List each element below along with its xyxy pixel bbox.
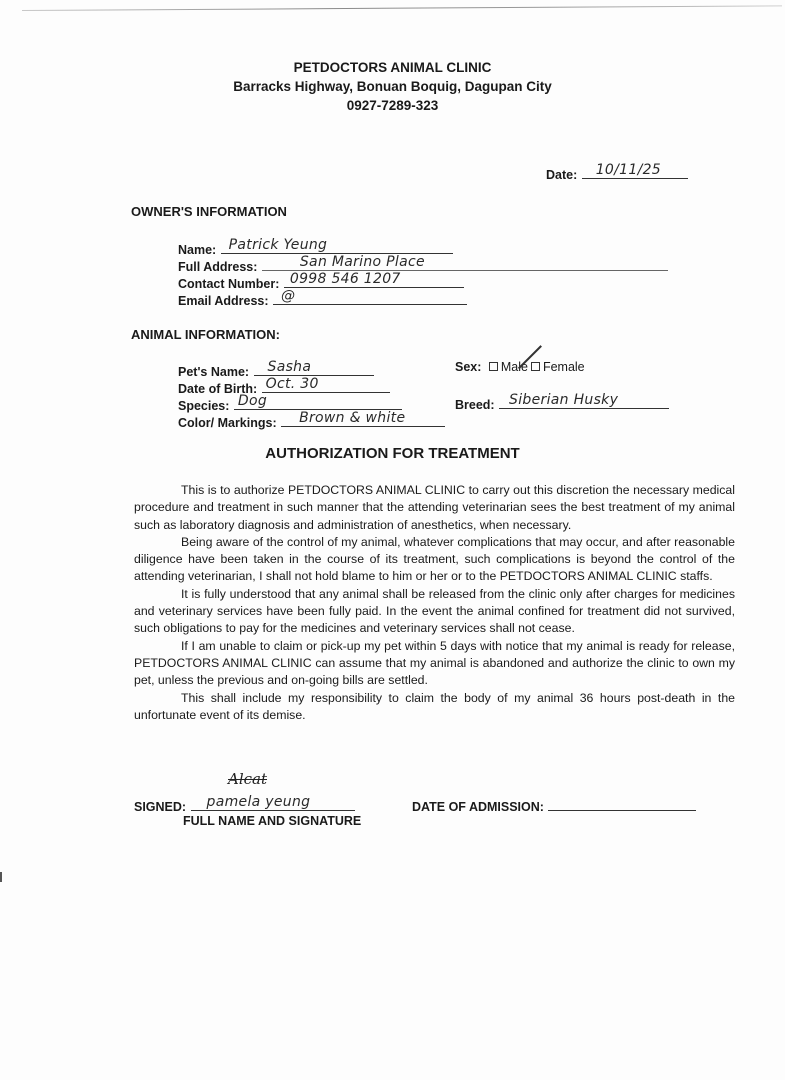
animal-section-title: ANIMAL INFORMATION: xyxy=(131,327,280,342)
clinic-address: Barracks Highway, Bonuan Boquig, Dagupan… xyxy=(0,77,785,96)
date-line[interactable]: 10/11/25 xyxy=(582,164,688,179)
signature-mark: Alcat xyxy=(228,770,267,788)
authorization-paragraph: This is to authorize PETDOCTORS ANIMAL C… xyxy=(134,482,735,534)
date-field: Date: 10/11/25 xyxy=(546,164,688,184)
owner-email-field: Email Address: @ xyxy=(178,290,467,310)
authorization-paragraph: Being aware of the control of my animal,… xyxy=(134,534,735,586)
signed-field: SIGNED: pamela yeung xyxy=(134,796,355,816)
sex-female-label: Female xyxy=(543,360,585,374)
species-label: Species: xyxy=(178,399,229,413)
signature-caption: FULL NAME AND SIGNATURE xyxy=(183,814,361,828)
authorization-paragraph: This shall include my responsibility to … xyxy=(134,690,735,725)
pet-name-line[interactable]: Sasha xyxy=(254,361,374,376)
sex-female-checkbox[interactable] xyxy=(531,362,540,371)
owner-name-value: Patrick Yeung xyxy=(229,237,328,253)
date-value: 10/11/25 xyxy=(596,162,661,178)
color-label: Color/ Markings: xyxy=(178,416,277,430)
owner-address-value: San Marino Place xyxy=(300,254,425,270)
admission-date-field: DATE OF ADMISSION: xyxy=(412,796,696,816)
pet-name-label: Pet's Name: xyxy=(178,365,249,379)
owner-email-line[interactable]: @ xyxy=(273,290,467,305)
signature-value: pamela yeung xyxy=(207,794,311,810)
sex-male-checkbox[interactable] xyxy=(489,362,498,371)
owner-name-label: Name: xyxy=(178,243,216,257)
authorization-paragraph: If I am unable to claim or pick-up my pe… xyxy=(134,638,735,690)
scan-edge-mark xyxy=(0,872,2,882)
clinic-phone: 0927-7289-323 xyxy=(0,96,785,115)
signed-label: SIGNED: xyxy=(134,800,186,814)
owner-name-line[interactable]: Patrick Yeung xyxy=(221,239,453,254)
breed-value: Siberian Husky xyxy=(509,392,618,408)
color-field: Color/ Markings: Brown & white xyxy=(178,412,445,432)
owner-contact-label: Contact Number: xyxy=(178,277,279,291)
color-value: Brown & white xyxy=(299,410,405,426)
signature-line[interactable]: pamela yeung xyxy=(191,796,355,811)
clinic-header: PETDOCTORS ANIMAL CLINIC Barracks Highwa… xyxy=(0,58,785,115)
dob-value: Oct. 30 xyxy=(266,376,319,392)
owner-contact-value: 0998 546 1207 xyxy=(290,271,401,287)
date-label: Date: xyxy=(546,168,577,182)
admission-date-label: DATE OF ADMISSION: xyxy=(412,800,544,814)
breed-line[interactable]: Siberian Husky xyxy=(499,394,669,409)
color-line[interactable]: Brown & white xyxy=(281,412,445,427)
owner-email-value: @ xyxy=(281,288,295,304)
authorization-title: AUTHORIZATION FOR TREATMENT xyxy=(0,445,785,462)
sex-label: Sex: xyxy=(455,360,481,374)
scan-top-line xyxy=(22,5,782,11)
breed-field: Breed: Siberian Husky xyxy=(455,394,669,414)
owner-address-line[interactable]: San Marino Place xyxy=(262,256,668,271)
pet-name-value: Sasha xyxy=(268,359,312,375)
owner-section-title: OWNER'S INFORMATION xyxy=(131,204,287,219)
owner-address-label: Full Address: xyxy=(178,260,257,274)
dob-line[interactable]: Oct. 30 xyxy=(262,378,390,393)
clinic-name: PETDOCTORS ANIMAL CLINIC xyxy=(0,58,785,77)
species-line[interactable]: Dog xyxy=(234,395,402,410)
admission-date-line[interactable] xyxy=(548,796,696,811)
owner-contact-line[interactable]: 0998 546 1207 xyxy=(284,273,464,288)
species-value: Dog xyxy=(238,393,267,409)
owner-email-label: Email Address: xyxy=(178,294,269,308)
authorization-paragraph: It is fully understood that any animal s… xyxy=(134,586,735,638)
authorization-body: This is to authorize PETDOCTORS ANIMAL C… xyxy=(134,482,735,724)
breed-label: Breed: xyxy=(455,398,495,412)
